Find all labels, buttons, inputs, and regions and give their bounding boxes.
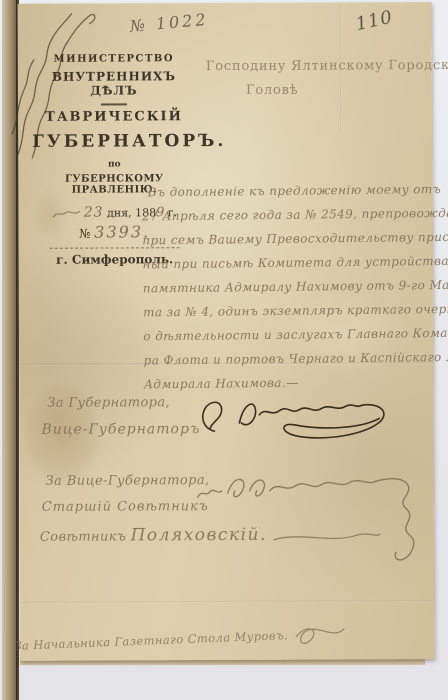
letterhead-divider: [101, 103, 127, 105]
ministry-name-line1: МИНИСТЕРСТВО: [32, 53, 196, 65]
body-line: 27 Апрѣля сего года за № 2549, препровож…: [142, 201, 446, 228]
letterhead-po: по: [32, 159, 196, 170]
document-paper: № 1022 110 МИНИСТЕРСТВО ВНУТРЕННИХЪ ДѢЛЪ…: [18, 2, 435, 661]
clerk-text: За Начальника Газетнаго Стола Муровъ.: [14, 628, 288, 653]
ministry-name-line2: ВНУТРЕННИХЪ ДѢЛЪ: [32, 69, 196, 98]
body-line: та за № 4, одинъ экземпляръ краткаго оче…: [143, 297, 447, 324]
governor-office-line1: ТАВРИЧЕСКІЙ: [32, 109, 196, 125]
number-sign: №: [79, 227, 90, 241]
body-line: при семъ Вашему Превосходительству присл…: [142, 225, 446, 252]
letter-body: Въ дополненіе къ предложенію моему отъ 2…: [142, 177, 448, 396]
councillor-title: Совѣтникъ: [40, 529, 126, 544]
body-line: памятника Адмиралу Нахимову отъ 9-го Мар…: [143, 273, 447, 300]
handwritten-day: 23: [84, 205, 104, 221]
senior-councillor-title: Старшій Совѣтникъ: [42, 499, 209, 515]
councillor-flourish: [271, 528, 381, 544]
fold-crease: [20, 600, 434, 604]
governor-office-line2: ГУБЕРНАТОРЪ.: [32, 131, 196, 152]
addressee-block: Господину Ялтинскому Городскому Головѣ: [206, 58, 446, 98]
addressee-line1: Господину Ялтинскому Городскому: [206, 58, 446, 74]
addressee-line2: Головѣ: [246, 82, 446, 98]
senior-councillor-signature-ink: [194, 470, 442, 571]
body-line: ра Флота и портовъ Чернаго и Каспійскаго…: [143, 345, 447, 372]
archival-document-scan: № 1022 110 МИНИСТЕРСТВО ВНУТРЕННИХЪ ДѢЛЪ…: [0, 0, 448, 700]
clerk-signature-line: За Начальника Газетнаго Стола Муровъ.: [14, 623, 350, 658]
body-line: о дѣятельности и заслугахъ Главнаго Кома…: [143, 321, 447, 348]
vice-governor-title: Вице-Губернаторъ: [41, 421, 200, 438]
body-line: Въ дополненіе къ предложенію моему отъ: [142, 177, 446, 204]
councillor-signature-line: Совѣтникъ Поляховскій.: [40, 524, 384, 545]
body-line: ный при письмѣ Комитета для устройства: [142, 249, 446, 276]
handwritten-month-scribble: [52, 208, 82, 220]
councillor-name: Поляховскій.: [131, 525, 267, 546]
pencil-document-number: № 1022: [129, 10, 209, 36]
for-governor-label: За Губернатора,: [47, 395, 170, 411]
for-vice-governor-label: За Вице-Губернатора,: [46, 473, 210, 489]
vice-governor-signature-ink: [191, 388, 403, 447]
pencil-folio-number: 110: [354, 7, 395, 35]
clerk-flourish: [292, 623, 349, 647]
